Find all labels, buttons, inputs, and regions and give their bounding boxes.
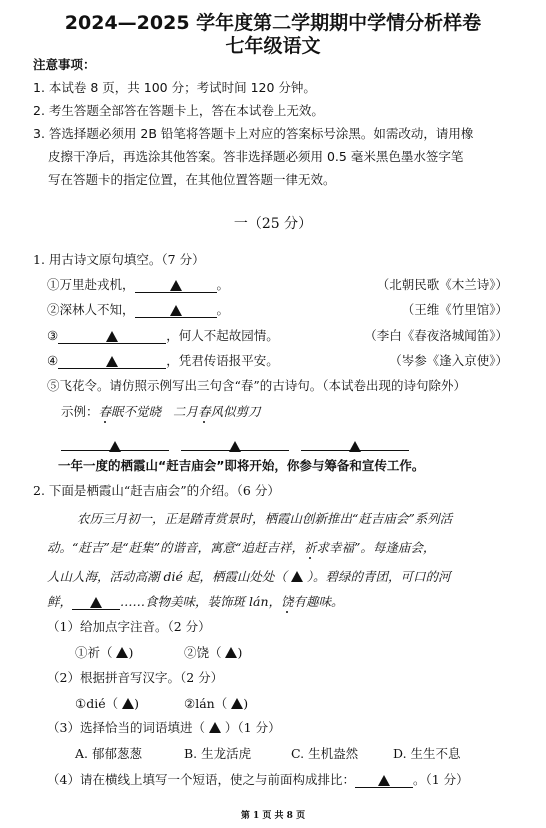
q2-sub2-stem: （2）根据拼音写汉字。（2 分） xyxy=(47,668,223,686)
answer-blank[interactable] xyxy=(58,329,166,344)
answer-marker-icon xyxy=(90,597,102,608)
q2-sub2-b: ②lán（ ) xyxy=(184,694,248,712)
q1-stem: 1. 用古诗文原句填空。（7 分） xyxy=(33,250,205,268)
q1-item-4-source: （岑参《逢入京使》） xyxy=(389,351,508,369)
q2-sub3-option-a[interactable]: A. 郁郁葱葱 xyxy=(75,744,142,762)
answer-blank[interactable] xyxy=(135,303,217,318)
answer-marker-icon xyxy=(291,571,303,582)
q1-item-2-source: （王维《竹里馆》） xyxy=(402,300,508,318)
scenario-intro: 一年一度的栖霞山“赶吉庙会”即将开始，你参与筹备和宣传工作。 xyxy=(58,456,424,474)
q1-item-1: ①万里赴戎机，。 xyxy=(47,275,229,293)
q1-item-3-source: （李白《春夜洛城闻笛》） xyxy=(364,326,508,344)
q2-sub2-a: ①dié（ ) xyxy=(75,694,139,712)
answer-marker-icon xyxy=(106,331,118,342)
answer-marker-icon xyxy=(349,441,361,452)
answer-marker-icon xyxy=(106,356,118,367)
notice-item-2: 2. 考生答题全部答在答题卡上，答在本试卷上无效。 xyxy=(33,101,324,119)
notice-item-3-cont: 皮擦干净后，再选涂其他答案。答非选择题必须用 0.5 毫米黑色墨水签字笔 xyxy=(48,147,463,165)
q2-passage-line-3: 人山人海，活动高潮 dié 起，栖霞山处处（ ）。碧绿的青团，可口的河 xyxy=(47,567,451,585)
exam-subtitle: 七年级语文 xyxy=(0,31,546,58)
answer-blank[interactable] xyxy=(61,436,169,451)
answer-marker-icon xyxy=(231,698,243,709)
q2-sub3-stem: （3）选择恰当的词语填进（ ）（1 分） xyxy=(47,718,281,736)
answer-blank[interactable] xyxy=(355,773,413,788)
answer-marker-icon xyxy=(170,280,182,291)
q1-item-1-source: （北朝民歌《木兰诗》） xyxy=(377,275,508,293)
page-footer: 第 1 页 共 8 页 xyxy=(0,808,546,821)
q2-passage-line-2: 动。“赶吉”是“赶集”的谐音，寓意“追赶吉祥，祈求幸福”。每逢庙会， xyxy=(47,538,435,556)
answer-marker-icon xyxy=(116,647,128,658)
q2-sub3-option-d[interactable]: D. 生生不息 xyxy=(393,744,461,762)
q2-sub1-b: ②饶（ ) xyxy=(184,643,242,661)
answer-marker-icon xyxy=(122,698,134,709)
notice-item-3-cont2: 写在答题卡的指定位置，在其他位置答题一律无效。 xyxy=(48,170,336,188)
answer-marker-icon xyxy=(225,647,237,658)
answer-marker-icon xyxy=(109,441,121,452)
q2-sub4: （4）请在横线上填写一个短语，使之与前面构成排比：。（1 分） xyxy=(47,770,469,788)
q2-passage-line-4: 鲜，……食物美味，装饰斑 lán，饶有趣味。 xyxy=(47,592,344,610)
q1-item-3: ③，何人不起故园情。 xyxy=(47,326,279,344)
answer-blank[interactable] xyxy=(72,595,120,610)
q1-item-2: ②深林人不知，。 xyxy=(47,300,229,318)
notice-item-3: 3. 答选择题必须用 2B 铅笔将答题卡上对应的答案标号涂黑。如需改动，请用橡 xyxy=(33,124,473,142)
answer-marker-icon xyxy=(229,441,241,452)
answer-blank[interactable] xyxy=(58,354,166,369)
answer-marker-icon xyxy=(170,305,182,316)
q2-sub1-stem: （1）给加点字注音。（2 分） xyxy=(47,617,211,635)
q1-example: 示例：春眠不觉晓 二月春风似剪刀 xyxy=(61,402,261,420)
q2-passage-line-1: 农历三月初一，正是踏青赏景时，栖霞山创新推出“赶吉庙会”系列活 xyxy=(77,509,452,527)
q1-item-5-blanks xyxy=(61,432,409,451)
answer-blank[interactable] xyxy=(301,436,409,451)
answer-marker-icon xyxy=(209,722,221,733)
q2-stem: 2. 下面是栖霞山“赶吉庙会”的介绍。（6 分） xyxy=(33,481,280,499)
q1-item-4: ④，凭君传语报平安。 xyxy=(47,351,279,369)
q1-item-5: ⑤飞花令。请仿照示例写出三句含“春”的古诗句。（本试卷出现的诗句除外） xyxy=(47,376,466,394)
q2-sub3-option-b[interactable]: B. 生龙活虎 xyxy=(184,744,251,762)
notice-item-1: 1. 本试卷 8 页，共 100 分；考试时间 120 分钟。 xyxy=(33,78,316,96)
section-title: 一（25 分） xyxy=(0,213,546,233)
answer-marker-icon xyxy=(378,775,390,786)
notice-heading: 注意事项： xyxy=(33,55,96,73)
q2-sub1-a: ①祈（ ) xyxy=(75,643,133,661)
q2-sub3-option-c[interactable]: C. 生机盎然 xyxy=(291,744,358,762)
answer-blank[interactable] xyxy=(135,278,217,293)
answer-blank[interactable] xyxy=(181,436,289,451)
